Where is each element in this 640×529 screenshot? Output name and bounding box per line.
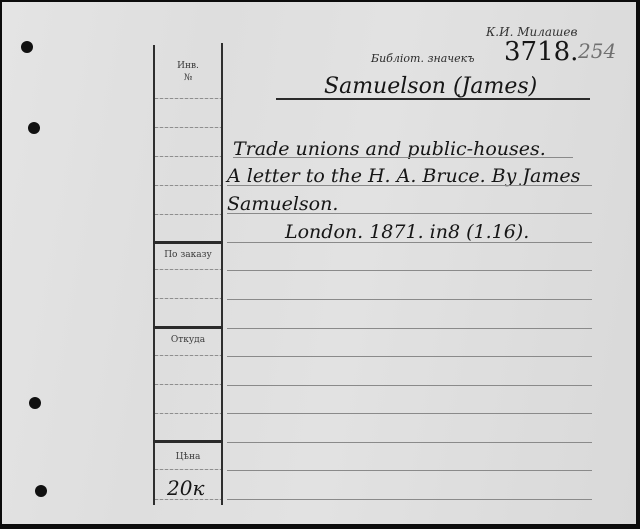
inv-label: Инв. — [155, 61, 221, 71]
inv-number-sign: № — [155, 73, 221, 83]
entry-rule — [227, 470, 592, 471]
left-rule — [155, 214, 221, 215]
entry-rule — [227, 413, 592, 414]
entry-line-3: Samuelson. — [227, 193, 338, 215]
left-rule — [155, 127, 221, 128]
left-rule — [155, 98, 221, 99]
entry-rule — [227, 185, 592, 186]
left-column-border-right — [221, 43, 223, 505]
left-rule — [155, 269, 221, 270]
entry-rule — [227, 385, 592, 386]
entry-rule — [227, 328, 592, 329]
section-divider-source — [153, 326, 223, 329]
author-underline — [276, 98, 590, 100]
price-value: 20к — [167, 476, 204, 500]
order-label: По заказу — [155, 250, 221, 260]
left-rule — [155, 156, 221, 157]
entry-rule — [227, 270, 592, 271]
entry-rule — [227, 356, 592, 357]
author-heading: Samuelson (James) — [324, 74, 537, 99]
left-rule — [155, 413, 221, 414]
section-divider-order — [153, 241, 223, 244]
pencil-number: 254 — [578, 39, 616, 63]
punch-hole-4 — [35, 485, 47, 497]
entry-rule — [227, 299, 592, 300]
section-divider-price — [153, 440, 223, 443]
left-rule — [155, 469, 221, 470]
shelfmark-label: Библіот. значекъ — [371, 52, 475, 65]
left-rule — [155, 384, 221, 385]
entry-rule — [227, 213, 592, 214]
source-label: Откуда — [155, 335, 221, 345]
entry-rule — [233, 157, 573, 158]
shelfmark-number: 3718. — [504, 37, 578, 67]
punch-hole-2 — [28, 122, 40, 134]
entry-line-2: A letter to the H. A. Bruce. By James — [227, 165, 580, 187]
punch-hole-3 — [29, 397, 41, 409]
price-label: Цѣна — [155, 452, 221, 462]
entry-rule — [227, 442, 592, 443]
left-column-border-left — [153, 45, 155, 505]
left-rule — [155, 499, 221, 500]
entry-rule — [227, 242, 592, 243]
left-rule — [155, 298, 221, 299]
left-rule — [155, 185, 221, 186]
entry-line-4: London. 1871. in8 (1.16). — [285, 221, 529, 243]
left-rule — [155, 355, 221, 356]
entry-rule — [227, 499, 592, 500]
punch-hole-1 — [21, 41, 33, 53]
catalog-card: Инв. № По заказу Откуда Цѣна 20к К.И. Ми… — [2, 2, 636, 524]
